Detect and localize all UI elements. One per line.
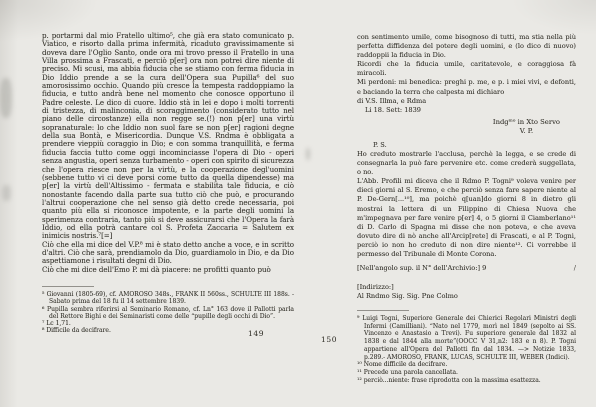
postscript-block: P. S. Ho creduto mostrarle l'acclusa, pe… — [357, 141, 576, 259]
archive-note-row: [Nell'angolo sup. il N° dell'Archivio:] … — [357, 264, 576, 273]
footnote: ¹² perciò...niente: frase riprodotta con… — [357, 377, 576, 385]
footnote-separator-rule — [357, 310, 409, 311]
right-page-body: con sentimento umile, come bisognoso di … — [357, 33, 576, 301]
signature-initials: V. P. — [493, 127, 560, 136]
footnote: ⁵ Giovanni (1805-69), cf. AMOROSO 348s.,… — [42, 291, 294, 306]
valediction-line: di V.S. Illma, e Rdma — [357, 97, 576, 106]
body-paragraph: con sentimento umile, come bisognoso di … — [357, 33, 576, 60]
scan-smudge — [0, 78, 12, 118]
footnote: ⁶ Pupilla sembra riferirsi al Seminario … — [42, 306, 294, 321]
left-page-body: p. portarmi dal mio Fratello ultimo⁵, ch… — [42, 32, 294, 274]
footnote: ¹¹ Precede una parola cancellata. — [357, 369, 576, 377]
right-page: con sentimento umile, come bisognoso di … — [357, 33, 576, 384]
signature-block: Indgᵐᵒ in Xto Servo V. P. — [493, 118, 560, 136]
margin-slash-mark: / — [574, 264, 576, 273]
scan-smudge — [2, 185, 11, 201]
book-page-spread-scan: p. portarmi dal mio Fratello ultimo⁵, ch… — [0, 0, 596, 407]
date-line: Li 18. Sett: 1839 — [357, 106, 576, 115]
body-paragraph: p. portarmi dal mio Fratello ultimo⁵, ch… — [42, 32, 294, 241]
body-paragraph: Ciò che mi dice dell'Emo P. mi dà piacer… — [42, 266, 294, 274]
archive-note: [Nell'angolo sup. il N° dell'Archivio:] … — [357, 264, 486, 273]
postscript-paragraph: Ho creduto mostrarle l'acclusa, perchè l… — [357, 150, 576, 177]
scan-smudge — [306, 148, 310, 160]
footnote: ⁹ Luigi Togni, Superiore Generale dei Ch… — [357, 315, 576, 361]
left-page: p. portarmi dal mio Fratello ultimo⁵, ch… — [42, 32, 294, 335]
body-paragraph: Ciò che ella mi dice del V.P.⁸ mi è stat… — [42, 241, 294, 266]
footnote-separator-rule — [42, 286, 94, 287]
body-paragraph: Ricordi che la fiducia umile, caritatevo… — [357, 60, 576, 78]
footnote: ¹⁰ Nome difficile da decifrare. — [357, 361, 576, 369]
address-label: [Indirizzo:] — [357, 283, 576, 292]
page-number-right: 150 — [321, 335, 337, 344]
page-number-left: 149 — [248, 329, 264, 338]
postscript-paragraph: L'Abb. Profili mi diceva che il Rdmo P. … — [357, 177, 576, 259]
body-paragraph: Mi perdoni: mi benedica: preghi p. me, e… — [357, 78, 576, 96]
address-block: [Indirizzo:] Al Rndmo Sig. Sig. Pne Colm… — [357, 283, 576, 301]
right-page-footnotes: ⁹ Luigi Togni, Superiore Generale dei Ch… — [357, 315, 576, 384]
signature-line: Indgᵐᵒ in Xto Servo — [493, 118, 560, 127]
postscript-heading: P. S. — [357, 141, 576, 150]
address-line: Al Rndmo Sig. Sig. Pne Colmo — [357, 292, 576, 301]
